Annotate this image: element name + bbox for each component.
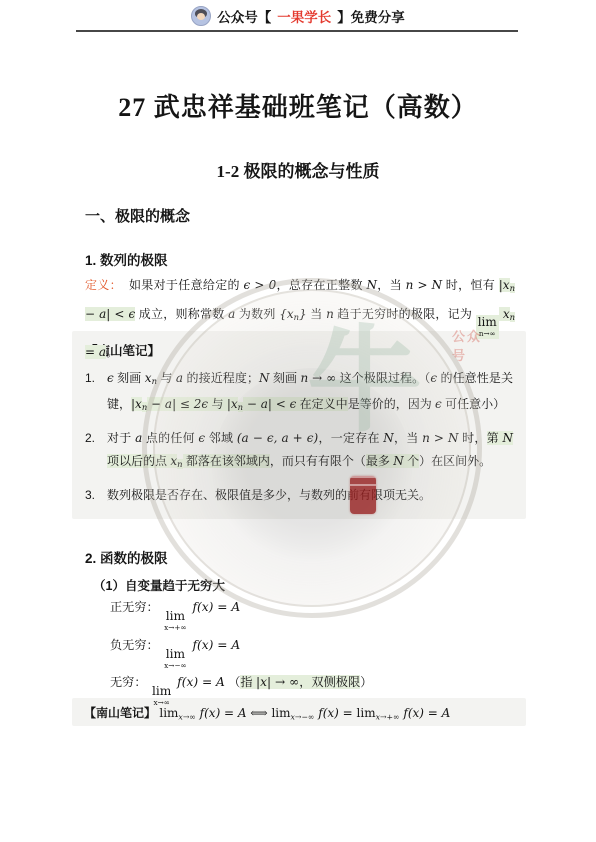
header-text-suffix: 】免费分享 (337, 6, 405, 26)
subsection-heading-sequence-limit: 1. 数列的极限 (85, 249, 168, 269)
note-item-3: 3. 数列极限是否存在、极限值是多少，与数列的前有限项无关。 (85, 484, 513, 507)
note-item-number: 2. (85, 427, 107, 476)
document-page: 公众号【一果学长】免费分享 27 武忠祥基础班笔记（高数） 1-2 极限的概念与… (0, 0, 596, 842)
note-item-4: 4. limn→∞ xn = a ⟺ limk→∞ x2k−1 = limk→∞… (85, 515, 513, 519)
function-limit-equivalence: limx→∞ f(x) = A ⟺ limx→−∞ f(x) = limx→+∞… (159, 706, 450, 720)
note-item-number: 4. (85, 515, 107, 519)
note-item-text: 对于 a 点的任何 ϵ 邻域 (a − ϵ, a + ϵ)，一定存在 N，当 n… (107, 427, 513, 476)
formula-infinity: 无穷： limx→∞ f(x) = A （指 |x| → ∞，双侧极限） (110, 673, 372, 707)
subsection-heading-function-limit: 2. 函数的极限 (85, 547, 168, 567)
note-item-1: 1. ϵ 刻画 xn 与 a 的接近程度；N 刻画 n → ∞ 这个极限过程。（… (85, 367, 513, 419)
header-brand-name: 一果学长 (277, 6, 331, 26)
section-heading: 一、极限的概念 (85, 205, 190, 226)
notes-box-label: 【南山笔记】 (84, 706, 156, 720)
formula-negative-infinity: 负无穷： limx→−∞ f(x) = A (110, 636, 240, 670)
note-item-number: 1. (85, 367, 107, 419)
note-item-2: 2. 对于 a 点的任何 ϵ 邻域 (a − ϵ, a + ϵ)，一定存在 N，… (85, 427, 513, 476)
page-header: 公众号【一果学长】免费分享 (0, 6, 596, 26)
brand-avatar-icon (191, 6, 211, 26)
header-text-prefix: 公众号【 (217, 6, 271, 26)
doc-subtitle: 1-2 极限的概念与性质 (0, 157, 596, 182)
note-item-text: 数列极限是否存在、极限值是多少，与数列的前有限项无关。 (107, 484, 513, 507)
definition-paragraph: 定义：如果对于任意给定的 ϵ > 0，总存在正整数 N，当 n > N 时，恒有… (85, 272, 515, 365)
doc-title: 27 武忠祥基础班笔记（高数） (0, 87, 596, 124)
header-divider (76, 30, 518, 32)
note-item-text: limn→∞ xn = a ⟺ limk→∞ x2k−1 = limk→∞ x2… (107, 515, 513, 519)
note-item-text: ϵ 刻画 xn 与 a 的接近程度；N 刻画 n → ∞ 这个极限过程。（ϵ 的… (107, 367, 513, 419)
formula-positive-infinity: 正无穷： limx→+∞ f(x) = A (110, 598, 240, 632)
note-item-number: 3. (85, 484, 107, 507)
case-heading-x-to-infinity: （1）自变量趋于无穷大 (93, 576, 225, 594)
